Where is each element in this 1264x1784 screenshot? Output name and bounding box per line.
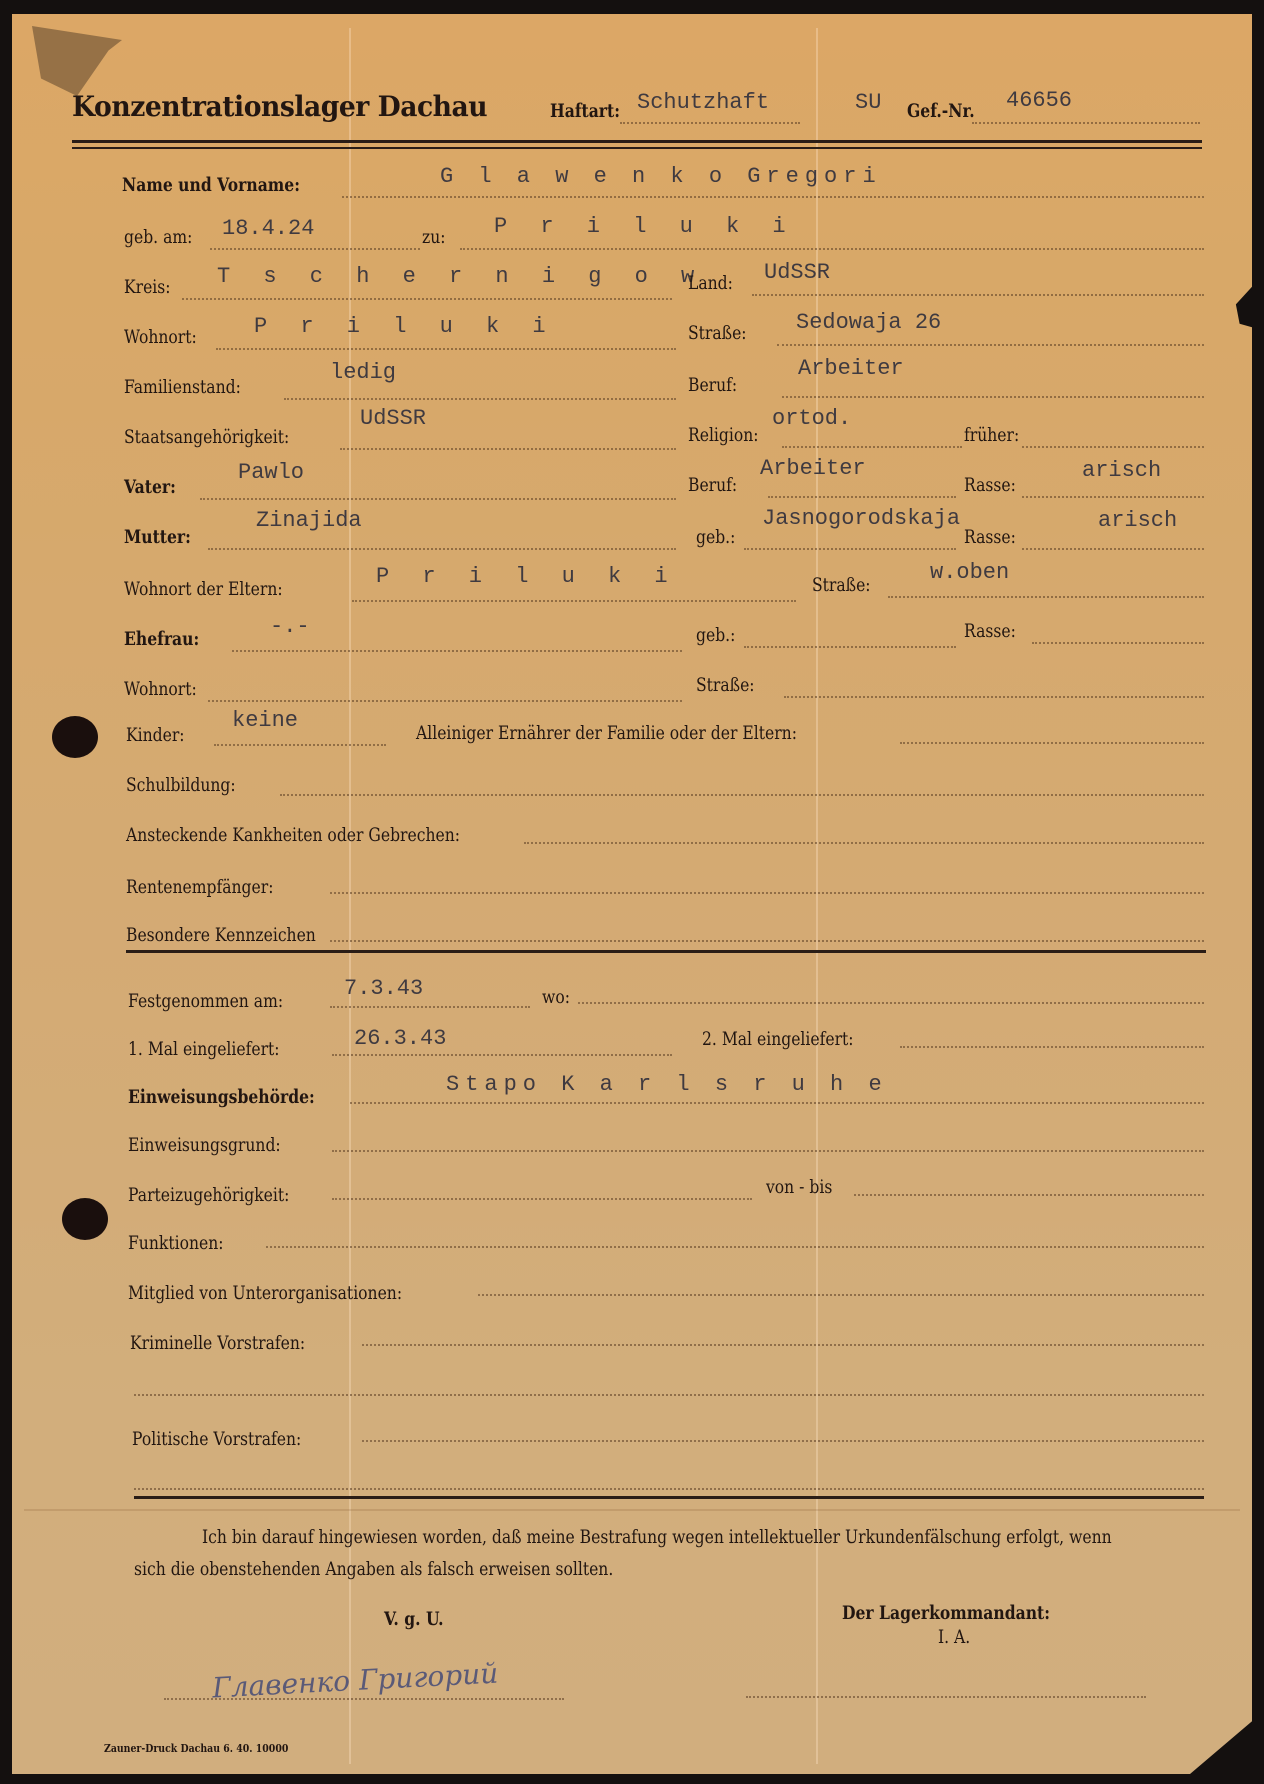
staatsang-value: UdSSR [360,406,426,431]
mutter-value: Zinajida [256,508,362,533]
fold-line [816,28,818,1764]
punch-hole [52,716,98,758]
born-value: 18.4.24 [222,216,314,241]
religion-value: ortod. [772,406,851,431]
kreis-value: T s c h e r n i g o w [217,264,704,289]
staatsang-label: Staatsangehörigkeit: [124,426,289,448]
document-sheet: Konzentrationslager Dachau Haftart: Schu… [12,14,1252,1774]
festgenommen-value: 7.3.43 [344,976,423,1001]
rentenempfaenger-label: Rentenempfänger: [126,876,273,898]
vonbis-label: von - bis [766,1176,832,1198]
land-value: UdSSR [764,260,830,285]
mutter-geb-value: Jasnogorodskaja [762,506,960,531]
wohnort-eltern-label: Wohnort der Eltern: [124,578,283,600]
frueher-label: früher: [964,424,1019,446]
statement-line2: sich die obenstehenden Angaben als falsc… [134,1558,613,1580]
vater-rasse-value: arisch [1082,458,1161,483]
nationality-code: SU [855,90,881,115]
politische-label: Politische Vorstrafen: [132,1428,301,1450]
name-value: G l a w e n k o Gregori [440,164,882,189]
fold-line [24,1509,1240,1511]
haftart-value: Schutzhaft [637,90,769,115]
behoerde-value: Stapo K a r l s r u h e [446,1072,888,1097]
strasse-eltern-label: Straße: [812,574,871,596]
mutter-label: Mutter: [124,526,191,548]
ehefrau-label: Ehefrau: [124,628,199,650]
vater-beruf-label: Beruf: [688,474,737,496]
place-label: zu: [422,226,445,248]
spouse-wohnort-label: Wohnort: [124,678,197,700]
form-title: Konzentrationslager Dachau [72,90,487,123]
wohnort-label: Wohnort: [124,326,197,348]
vater-value: Pawlo [238,460,304,485]
beruf-value: Arbeiter [798,356,904,381]
punch-hole [62,1198,108,1240]
kriminelle-label: Kriminelle Vorstrafen: [130,1332,305,1354]
vater-beruf-value: Arbeiter [760,456,866,481]
beruf-label: Beruf: [688,374,737,396]
festgenommen-label: Festgenommen am: [128,990,283,1012]
printer-imprint: Zauner-Druck Dachau 6. 40. 10000 [104,1742,288,1755]
ia-label: I. A. [938,1626,970,1648]
kinder-label: Kinder: [126,724,185,746]
kreis-label: Kreis: [124,276,171,298]
kommandant-label: Der Lagerkommandant: [842,1602,1050,1624]
strasse-value: Sedowaja 26 [796,310,941,335]
kinder-value: keine [232,708,298,733]
funktionen-label: Funktionen: [128,1232,223,1254]
grund-label: Einweisungsgrund: [128,1134,281,1156]
vater-rasse-label: Rasse: [964,474,1016,496]
familienstand-value: ledig [330,360,396,385]
land-label: Land: [688,272,733,294]
haftart-label: Haftart: [550,100,620,122]
mal1-value: 26.3.43 [354,1026,446,1051]
mitglied-label: Mitglied von Unterorganisationen: [128,1282,402,1304]
name-label: Name und Vorname: [122,174,300,196]
kennzeichen-label: Besondere Kennzeichen [126,924,316,946]
ehefrau-value: -.- [270,614,310,639]
krankheiten-label: Ansteckende Kankheiten oder Gebrechen: [126,824,460,846]
wohnort-value: P r i l u k i [254,314,556,339]
wo-label: wo: [542,986,570,1008]
torn-corner [32,26,122,96]
religion-label: Religion: [688,424,759,446]
mutter-rasse-label: Rasse: [964,526,1016,548]
behoerde-label: Einweisungsbehörde: [128,1086,315,1108]
spouse-rasse-label: Rasse: [964,620,1016,642]
ernaehrer-label: Alleiniger Ernährer der Familie oder der… [416,722,797,744]
mal2-label: 2. Mal eingeliefert: [702,1028,854,1050]
mutter-rasse-value: arisch [1098,508,1177,533]
spouse-geb-label: geb.: [696,624,735,646]
mutter-geb-label: geb.: [696,526,735,548]
place-value: P r i l u k i [494,214,796,239]
familienstand-label: Familienstand: [124,376,241,398]
partei-label: Parteizugehörigkeit: [128,1184,289,1206]
spouse-strasse-label: Straße: [696,674,755,696]
vater-label: Vater: [124,476,176,498]
vgu-label: V. g. U. [384,1608,444,1630]
wohnort-eltern-value: P r i l u k i [376,564,678,589]
gef-nr-label: Gef.-Nr. [907,100,975,122]
gef-nr-value: 46656 [1006,88,1072,113]
strasse-eltern-value: w.oben [930,560,1009,585]
schulbildung-label: Schulbildung: [126,774,236,796]
statement-line1: Ich bin darauf hingewiesen worden, daß m… [202,1526,1112,1548]
mal1-label: 1. Mal eingeliefert: [128,1038,280,1060]
born-label: geb. am: [124,226,192,248]
strasse-label: Straße: [688,322,747,344]
